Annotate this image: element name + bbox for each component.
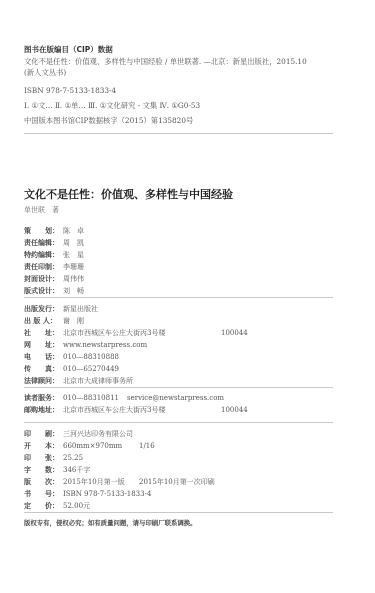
credit-label: 策 划：	[24, 226, 63, 236]
spec-label: 定 价：	[24, 501, 63, 511]
cip-classification-line: Ⅰ. ①文… Ⅱ. ①单… Ⅲ. ①文化研究 - 文集 Ⅳ. ①G0-53	[24, 101, 200, 111]
cip-heading: 图书在版编目（CIP）数据	[24, 44, 113, 55]
publisher-row: 社 址：北京市西城区车公庄大街丙3号楼100044	[24, 328, 248, 338]
cip-isbn-line: ISBN 978-7-5133-1833-4	[24, 86, 116, 95]
publisher-label: 网 址：	[24, 340, 63, 350]
spec-extra: 2015年10月第一次印刷	[139, 478, 215, 486]
book-author: 单世联 著	[24, 205, 59, 215]
spec-row: 版 次：2015年10月第一版2015年10月第一次印刷	[24, 477, 215, 487]
publisher-label: 社 址：	[24, 328, 63, 338]
spec-row: 开 本：660mm×970mm1/16	[24, 441, 155, 451]
spec-label: 印 张：	[24, 453, 63, 463]
publisher-value: 谢 刚	[63, 317, 84, 325]
spec-row: 字 数：346千字	[24, 465, 90, 475]
publisher-row: 电 话：010—88310888	[24, 352, 119, 362]
credit-row: 版式设计：刘 畅	[24, 286, 84, 296]
service-label: 读者服务：	[24, 393, 63, 403]
service-label: 邮购地址：	[24, 405, 63, 415]
cip-series-line: (新人文丛书)	[24, 68, 66, 78]
fax-value: 010—65270449	[63, 365, 119, 373]
publisher-row: 出版发行：新星出版社	[24, 304, 98, 314]
credit-label: 版式设计：	[24, 286, 63, 296]
spec-value: 660mm×970mm	[63, 442, 139, 450]
publisher-label: 出版发行：	[24, 304, 63, 314]
credit-row: 策 划：陈 卓	[24, 226, 84, 236]
credit-value: 李珊珊	[63, 263, 84, 271]
spec-row: 书 号：ISBN 978-7-5133-1833-4	[24, 489, 151, 499]
divider	[24, 133, 333, 134]
credit-row: 特约编辑：张 星	[24, 250, 84, 260]
publisher-row: 传 真：010—65270449	[24, 364, 119, 374]
divider	[24, 297, 333, 298]
credit-value: 张 星	[63, 251, 84, 259]
spec-value: 25.25	[63, 454, 83, 462]
divider	[24, 387, 333, 388]
publisher-row: 网 址：www.newstarpress.com	[24, 340, 147, 350]
credit-value: 刘 畅	[63, 287, 84, 295]
spec-row: 印 刷：三河兴达印务有限公司	[24, 429, 133, 439]
copyright-notice: 版权专有，侵权必究；如有质量问题，请与印刷厂联系调换。	[24, 518, 197, 527]
credit-label: 责任编辑：	[24, 238, 63, 248]
divider	[24, 512, 333, 513]
website-value: www.newstarpress.com	[63, 341, 147, 349]
service-row: 读者服务：010—88310811service@newstarpress.co…	[24, 393, 224, 403]
spec-label: 书 号：	[24, 489, 63, 499]
spec-label: 版 次：	[24, 477, 63, 487]
spec-label: 字 数：	[24, 465, 63, 475]
publisher-label: 电 话：	[24, 352, 63, 362]
spec-row: 印 张：25.25	[24, 453, 83, 463]
cip-record-number-line: 中国版本图书馆CIP数据核字（2015）第135820号	[24, 116, 193, 126]
publisher-label: 法律顾问：	[24, 376, 63, 386]
credit-row: 封面设计：周伟伟	[24, 274, 84, 284]
credit-label: 封面设计：	[24, 274, 63, 284]
credit-label: 责任印制：	[24, 262, 63, 272]
legal-counsel-value: 北京市大成律师事务所	[63, 377, 133, 385]
spec-value: 346千字	[63, 466, 90, 474]
spec-value: 三河兴达印务有限公司	[63, 430, 133, 438]
publisher-address: 北京市西城区车公庄大街丙3号楼	[63, 328, 221, 338]
divider	[24, 422, 333, 423]
publisher-row: 法律顾问：北京市大成律师事务所	[24, 376, 133, 386]
spec-extra: 1/16	[139, 442, 155, 450]
mail-address: 北京市西城区车公庄大街丙3号楼	[63, 405, 221, 415]
postal-code: 100044	[221, 406, 248, 414]
publisher-row: 出 版 人：谢 刚	[24, 316, 84, 326]
publisher-label: 传 真：	[24, 364, 63, 374]
service-row: 邮购地址：北京市西城区车公庄大街丙3号楼100044	[24, 405, 248, 415]
spec-value: 52.00元	[63, 502, 90, 510]
credit-label: 特约编辑：	[24, 250, 63, 260]
service-email: service@newstarpress.com	[127, 394, 224, 402]
credit-value: 周伟伟	[63, 275, 84, 283]
spec-label: 开 本：	[24, 441, 63, 451]
spec-label: 印 刷：	[24, 429, 63, 439]
spec-value: ISBN 978-7-5133-1833-4	[63, 490, 151, 498]
postal-code: 100044	[221, 329, 248, 337]
credit-value: 陈 卓	[63, 227, 84, 235]
book-title: 文化不是任性：价值观、多样性与中国经验	[24, 186, 233, 202]
publisher-value: 新星出版社	[63, 305, 98, 313]
credit-row: 责任编辑：周 凯	[24, 238, 84, 248]
spec-row: 定 价：52.00元	[24, 501, 90, 511]
credit-row: 责任印制：李珊珊	[24, 262, 84, 272]
cip-bibliographic-line: 文化不是任性：价值观、多样性与中国经验 / 单世联著. —北京：新星出版社，20…	[24, 57, 307, 67]
phone-value: 010—88310888	[63, 353, 119, 361]
service-phone: 010—88310811	[63, 394, 127, 402]
publisher-label: 出 版 人：	[24, 316, 63, 326]
credit-value: 周 凯	[63, 239, 84, 247]
spec-value: 2015年10月第一版	[63, 477, 139, 487]
